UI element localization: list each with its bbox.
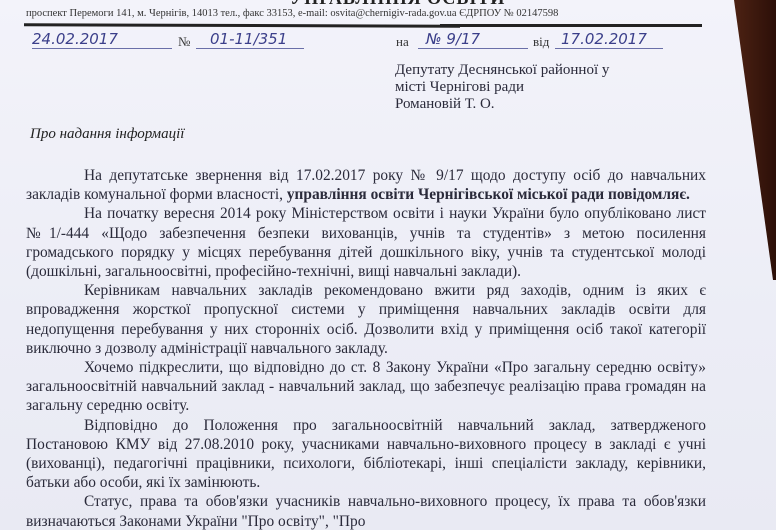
paragraph-2: На початку вересня 2014 року Міністерств… — [26, 204, 706, 281]
recipient-line-3: Романовій Т. О. — [395, 96, 609, 113]
letterhead-divider-right — [440, 24, 702, 27]
paragraph-1: На депутатське звернення від 17.02.2017 … — [26, 166, 706, 204]
outgoing-number-field: 01-11/351 — [196, 30, 304, 49]
recipient-line-1: Депутату Деснянської районної у — [395, 62, 609, 79]
paragraph-6: Статус, права та обов'язки учасників нав… — [26, 492, 706, 530]
letter-page: УПРАВЛІННЯ ОСВІТИ проспект Перемоги 141,… — [0, 0, 776, 530]
letter-body: На депутатське звернення від 17.02.2017 … — [26, 166, 706, 530]
reply-date-field: 17.02.2017 — [555, 30, 663, 49]
recipient-line-2: місті Чернігові ради — [395, 79, 609, 96]
letterhead-contacts: проспект Перемоги 141, м. Чернігів, 1401… — [26, 8, 558, 19]
paragraph-3: Керівникам навчальних закладів рекомендо… — [26, 281, 706, 358]
reply-to-number-field: № 9/17 — [418, 30, 528, 49]
paragraph-1-bold: управління освіти Чернігівської міської … — [287, 186, 690, 203]
outgoing-number: 01-11/351 — [196, 30, 287, 48]
paragraph-5: Відповідно до Положення про загальноосві… — [26, 416, 706, 493]
reply-date-label: від — [533, 34, 549, 50]
letterhead-divider — [24, 23, 460, 28]
reply-to-number: № 9/17 — [418, 30, 480, 48]
paragraph-4: Хочемо підкреслити, що відповідно до ст.… — [26, 358, 706, 416]
number-label: № — [178, 34, 190, 50]
subject-line: Про надання інформації — [30, 126, 184, 143]
recipient-block: Депутату Деснянської районної у місті Че… — [395, 62, 609, 113]
outgoing-date: 24.02.2017 — [32, 30, 118, 48]
reply-date: 17.02.2017 — [555, 30, 647, 48]
reply-to-label: на — [396, 34, 409, 50]
outgoing-date-field: 24.02.2017 — [32, 30, 172, 49]
